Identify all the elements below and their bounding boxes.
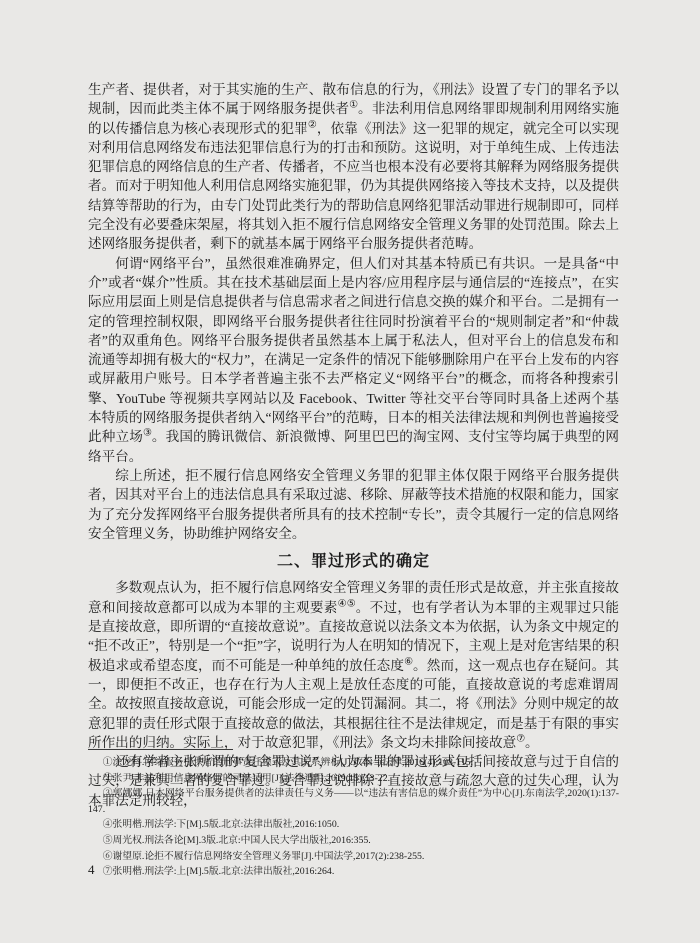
section-heading: 二、罪过形式的确定	[88, 552, 619, 571]
body-text: 生产者、提供者，对于其实施的生产、散布信息的行为，《刑法》设置了专门的罪名予以规…	[88, 80, 619, 810]
footnote-item: ②张尹.非法利用信息网络罪的司法适用[J].法律适用,2019(15):13-2…	[88, 771, 619, 787]
paragraphs-part1: 生产者、提供者，对于其实施的生产、散布信息的行为，《刑法》设置了专门的罪名予以规…	[88, 80, 619, 543]
footnote-item: ④张明楷.刑法学:下[M].5版.北京:法律出版社,2016:1050.	[88, 817, 619, 833]
paragraph: 综上所述，拒不履行信息网络安全管理义务罪的犯罪主体仅限于网络平台服务提供者，因其…	[88, 466, 619, 543]
paragraph: 多数观点认为，拒不履行信息网络安全管理义务罪的责任形式是故意，并主张直接故意和间…	[88, 578, 619, 752]
article-page: 生产者、提供者，对于其实施的生产、散布信息的行为，《刑法》设置了专门的罪名予以规…	[0, 0, 700, 943]
footnote-item: ⑥谢望原.论拒不履行信息网络安全管理义务罪[J].中国法学,2017(2):23…	[88, 849, 619, 865]
footnotes: ①涂龙科.网络服务提供者的刑事责任模式及其关系辨析[J].政治与法律,2016(…	[88, 749, 619, 880]
footnote-item: ⑦张明楷.刑法学:上[M].5版.北京:法律出版社,2016:264.	[88, 864, 619, 880]
footnote-item: ③郭娜娜.日本网络平台服务提供者的法律责任与义务——以“违法有害信息的媒介责任”…	[88, 786, 619, 817]
footnote-separator	[88, 749, 233, 750]
paragraph: 生产者、提供者，对于其实施的生产、散布信息的行为，《刑法》设置了专门的罪名予以规…	[88, 80, 619, 254]
footnote-list: ①涂龙科.网络服务提供者的刑事责任模式及其关系辨析[J].政治与法律,2016(…	[88, 755, 619, 880]
footnote-item: ⑤周光权.刑法各论[M].3版.北京:中国人民大学出版社,2016:355.	[88, 833, 619, 849]
paragraph: 何谓“网络平台”，虽然很难准确界定，但人们对其基本特质已有共识。一是具备“中介”…	[88, 254, 619, 466]
page-number: 4	[88, 862, 95, 878]
footnote-item: ①涂龙科.网络服务提供者的刑事责任模式及其关系辨析[J].政治与法律,2016(…	[88, 755, 619, 771]
